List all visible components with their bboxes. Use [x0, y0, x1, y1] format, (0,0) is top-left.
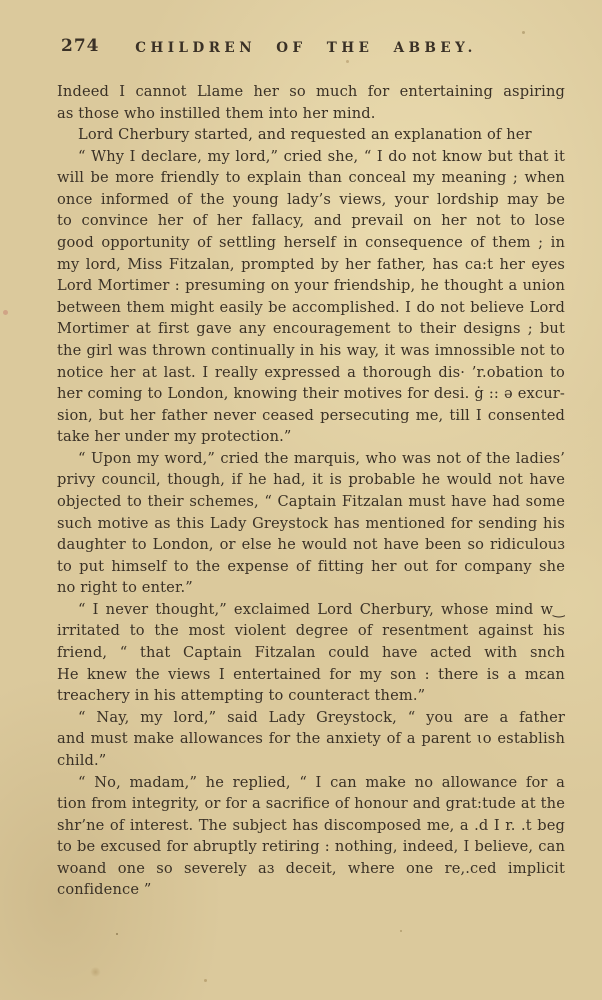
text-line: objected to their schemes, “ Captain Fit… — [57, 491, 565, 513]
text-line: the girl was thrown continually in his w… — [57, 340, 565, 362]
paper-speck — [116, 933, 118, 935]
text-line: Indeed I cannot Llame her so much for en… — [57, 81, 565, 103]
text-line: Lord Mortimer : presuming on your friend… — [57, 275, 565, 297]
paper-speck — [400, 930, 402, 932]
paper-speck — [204, 979, 207, 982]
text-line: and must make allowances for the anxiety… — [57, 728, 565, 750]
text-line: take her under my protection.” — [57, 426, 565, 448]
text-line: Lord Cherbury started, and requested an … — [57, 124, 565, 146]
text-line: “ Nay, my lord,” said Lady Greystock, “ … — [57, 707, 565, 729]
running-title: CHILDREN OF THE ABBEY. — [40, 40, 572, 56]
text-line: “ I never thought,” exclaimed Lord Cherb… — [57, 599, 565, 621]
text-line: sion, but her father never ceased persec… — [57, 405, 565, 427]
text-line: my lord, Miss Fitzalan, prompted by her … — [57, 254, 565, 276]
text-line: such motive as this Lady Greystock has m… — [57, 513, 565, 535]
text-line: friend, “ that Captain Fitzalan could ha… — [57, 642, 565, 664]
text-line: her coming to London, knowing their moti… — [57, 383, 565, 405]
text-line: will be more friendly to explain than co… — [57, 167, 565, 189]
book-page-scan: 274 CHILDREN OF THE ABBEY. Indeed I cann… — [0, 0, 602, 1000]
text-line: as those who instilled them into her min… — [57, 103, 565, 125]
text-line: to be excused for abruptly retiring : no… — [57, 836, 565, 858]
text-line: privy council, though, if he had, it is … — [57, 469, 565, 491]
text-line: between them might easily be accomplishe… — [57, 297, 565, 319]
text-line: shr’ne of interest. The subject has disc… — [57, 815, 565, 837]
text-line: He knew the views I entertained for my s… — [57, 664, 565, 686]
text-line: irritated to the most violent degree of … — [57, 620, 565, 642]
text-line: child.” — [57, 750, 565, 772]
text-line: woand one so severely aɜ deceit, where o… — [57, 858, 565, 880]
text-line: tion from integrity, or for a sacrifice … — [57, 793, 565, 815]
text-line: confidence ” — [57, 879, 565, 901]
text-line: treachery in his attempting to counterac… — [57, 685, 565, 707]
text-line: “ No, madam,” he replied, “ I can make n… — [57, 772, 565, 794]
text-line: to put himself to the expense of fitting… — [57, 556, 565, 578]
text-line: “ Why I declare, my lord,” cried she, “ … — [57, 146, 565, 168]
paper-speck — [522, 31, 525, 34]
text-line: once informed of the young lady’s views,… — [57, 189, 565, 211]
paper-speck — [3, 310, 8, 315]
text-line: daughter to London, or else he would not… — [57, 534, 565, 556]
page-body: Indeed I cannot Llame her so much for en… — [57, 81, 565, 901]
text-line: no right to enter.” — [57, 577, 565, 599]
paper-speck — [346, 60, 349, 63]
text-line: good opportunity of settling herself in … — [57, 232, 565, 254]
text-line: notice her at last. I really expressed a… — [57, 362, 565, 384]
text-line: Mortimer at first gave any encouragement… — [57, 318, 565, 340]
text-line: to convince her of her fallacy, and prev… — [57, 210, 565, 232]
text-line: “ Upon my word,” cried the marquis, who … — [57, 448, 565, 470]
paper-stain — [90, 967, 101, 977]
